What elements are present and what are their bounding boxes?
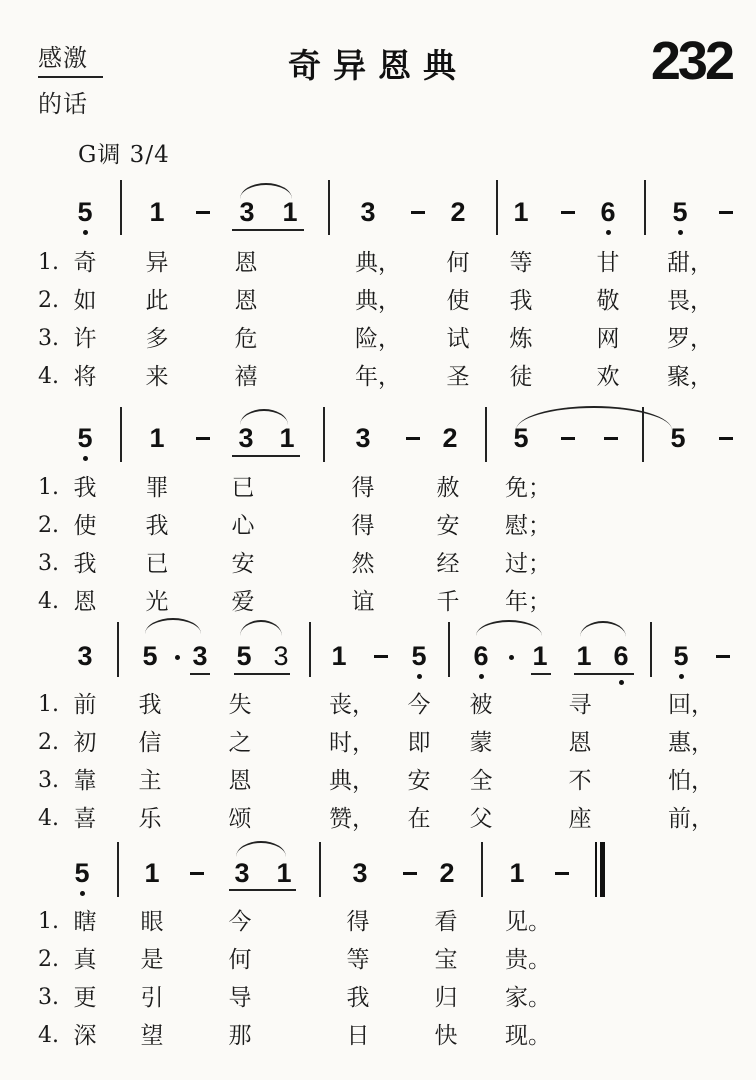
beam-underline <box>531 673 551 675</box>
note: 5 <box>665 197 695 227</box>
note: 6 <box>593 197 623 227</box>
lyric: 在 <box>404 804 434 834</box>
lyric: 徒 <box>506 362 536 392</box>
lyric: 险， <box>355 324 399 354</box>
note: 1 <box>506 197 536 227</box>
note: 1 <box>269 858 299 888</box>
dash <box>196 211 210 214</box>
lyric: 被 <box>466 690 496 720</box>
lyric: 赦 <box>433 473 463 503</box>
lyric: 归 <box>431 983 461 1013</box>
verse-number: 2. <box>38 945 59 975</box>
lyric: 家。 <box>505 983 549 1013</box>
barline <box>319 842 321 897</box>
lyric: 禧 <box>231 362 261 392</box>
lyric: 即 <box>404 728 434 758</box>
lyric: 慰； <box>505 511 549 541</box>
hymn-number: 232 <box>651 30 732 92</box>
lyric: 我 <box>343 983 373 1013</box>
beam-underline <box>574 673 634 675</box>
lyric: 免； <box>505 473 549 503</box>
lyric: 怕， <box>668 766 712 796</box>
note: 1 <box>142 197 172 227</box>
low-octave-dot <box>83 230 88 235</box>
lyric: 我 <box>142 511 172 541</box>
verse-number: 1. <box>38 473 59 503</box>
lyric: 得 <box>343 907 373 937</box>
lyric: 信 <box>135 728 165 758</box>
slur <box>240 620 282 636</box>
note: 2 <box>435 423 465 453</box>
barline <box>644 180 646 235</box>
lyric: 丧， <box>329 690 373 720</box>
note: 1 <box>569 641 599 671</box>
note: 3 <box>232 197 262 227</box>
lyric: 日 <box>343 1021 373 1051</box>
low-octave-dot <box>619 680 624 685</box>
lyric: 网 <box>593 324 623 354</box>
lyric: 父 <box>466 804 496 834</box>
lyric: 恩 <box>231 248 261 278</box>
lyric: 赞， <box>329 804 373 834</box>
dash <box>561 211 575 214</box>
lyric: 危 <box>231 324 261 354</box>
note: 3 <box>231 423 261 453</box>
note: 1 <box>137 858 167 888</box>
lyric: 甜， <box>667 248 711 278</box>
beam-underline <box>229 889 296 891</box>
lyric: 罗， <box>667 324 711 354</box>
lyric: 颂 <box>225 804 255 834</box>
lyric: 多 <box>142 324 172 354</box>
lyric: 贵。 <box>505 945 549 975</box>
barline <box>642 407 644 462</box>
lyric: 畏， <box>667 286 711 316</box>
lyric: 此 <box>142 286 172 316</box>
lyric: 等 <box>506 248 536 278</box>
lyric: 回， <box>668 690 712 720</box>
verse-number: 3. <box>38 766 59 796</box>
lyric: 甘 <box>593 248 623 278</box>
lyric: 望 <box>137 1021 167 1051</box>
dash <box>196 437 210 440</box>
slur <box>145 618 201 634</box>
note-pickup: 5 <box>70 423 100 453</box>
lyric: 安 <box>404 766 434 796</box>
lyric: 眼 <box>137 907 167 937</box>
lyric: 如 <box>70 286 100 316</box>
lyric: 引 <box>137 983 167 1013</box>
lyric: 圣 <box>443 362 473 392</box>
lyric: 安 <box>433 511 463 541</box>
beam-underline <box>232 229 304 231</box>
low-octave-dot <box>80 891 85 896</box>
lyric: 蒙 <box>466 728 496 758</box>
dash <box>604 437 618 440</box>
lyric: 座 <box>565 804 595 834</box>
note: 5 <box>506 423 536 453</box>
lyric: 前， <box>668 804 712 834</box>
note: 3 <box>266 641 296 671</box>
lyric: 聚， <box>667 362 711 392</box>
note: 1 <box>272 423 302 453</box>
final-barline-thin <box>595 842 597 897</box>
note: 2 <box>432 858 462 888</box>
lyric: 全 <box>466 766 496 796</box>
note: 3 <box>348 423 378 453</box>
note: 5 <box>135 641 165 671</box>
lyric: 我 <box>70 549 100 579</box>
lyric: 异 <box>142 248 172 278</box>
lyric: 时， <box>329 728 373 758</box>
verse-number: 2. <box>38 286 59 316</box>
lyric: 快 <box>431 1021 461 1051</box>
lyric: 更 <box>70 983 100 1013</box>
lyric: 谊 <box>348 587 378 617</box>
lyric: 等 <box>343 945 373 975</box>
barline <box>323 407 325 462</box>
dash <box>190 872 204 875</box>
barline <box>309 622 311 677</box>
low-octave-dot <box>679 674 684 679</box>
dash <box>719 211 733 214</box>
verse-number: 1. <box>38 907 59 937</box>
dash <box>555 872 569 875</box>
lyric: 敬 <box>593 286 623 316</box>
dash <box>406 437 420 440</box>
tie <box>516 406 672 430</box>
barline <box>481 842 483 897</box>
lyric: 年； <box>505 587 549 617</box>
lyric: 经 <box>433 549 463 579</box>
lyric: 我 <box>506 286 536 316</box>
lyric: 今 <box>404 690 434 720</box>
barline <box>328 180 330 235</box>
lyric: 宝 <box>431 945 461 975</box>
lyric: 将 <box>70 362 100 392</box>
note-pickup: 3 <box>70 641 100 671</box>
lyric: 得 <box>348 473 378 503</box>
lyric: 初 <box>70 728 100 758</box>
beam-underline <box>190 673 210 675</box>
key-signature: G调 3/4 <box>78 136 170 169</box>
lyric: 千 <box>433 587 463 617</box>
augmentation-dot <box>509 655 514 660</box>
dash <box>716 655 730 658</box>
lyric: 欢 <box>593 362 623 392</box>
note: 3 <box>353 197 383 227</box>
augmentation-dot <box>175 655 180 660</box>
lyric: 今 <box>225 907 255 937</box>
dash <box>561 437 575 440</box>
lyric: 典， <box>355 286 399 316</box>
note: 1 <box>525 641 555 671</box>
lyric: 主 <box>135 766 165 796</box>
lyric: 许 <box>70 324 100 354</box>
low-octave-dot <box>479 674 484 679</box>
note: 3 <box>185 641 215 671</box>
lyric: 惠， <box>668 728 712 758</box>
lyric: 何 <box>225 945 255 975</box>
verse-number: 1. <box>38 690 59 720</box>
low-octave-dot <box>417 674 422 679</box>
lyric: 过； <box>505 549 549 579</box>
note: 1 <box>324 641 354 671</box>
note-pickup: 5 <box>70 197 100 227</box>
lyric: 恩 <box>225 766 255 796</box>
lyric: 使 <box>443 286 473 316</box>
barline <box>117 842 119 897</box>
lyric: 恩 <box>231 286 261 316</box>
lyric: 何 <box>443 248 473 278</box>
lyric: 炼 <box>506 324 536 354</box>
lyric: 心 <box>228 511 258 541</box>
barline <box>117 622 119 677</box>
lyric: 罪 <box>142 473 172 503</box>
barline <box>120 180 122 235</box>
lyric: 靠 <box>70 766 100 796</box>
low-octave-dot <box>606 230 611 235</box>
lyric: 已 <box>142 549 172 579</box>
lyric: 安 <box>228 549 258 579</box>
verse-number: 3. <box>38 549 59 579</box>
lyric: 典， <box>329 766 373 796</box>
note: 1 <box>142 423 172 453</box>
lyric: 瞎 <box>70 907 100 937</box>
barline <box>485 407 487 462</box>
lyric: 爱 <box>228 587 258 617</box>
slur <box>580 621 626 637</box>
hymn-title: 奇异恩典 <box>0 40 756 87</box>
lyric: 真 <box>70 945 100 975</box>
lyric: 喜 <box>70 804 100 834</box>
dash <box>411 211 425 214</box>
lyric: 奇 <box>70 248 100 278</box>
beam-underline <box>232 455 300 457</box>
verse-number: 3. <box>38 324 59 354</box>
final-barline-thick <box>600 842 605 897</box>
lyric: 恩 <box>70 587 100 617</box>
lyric: 光 <box>142 587 172 617</box>
verse-number: 4. <box>38 804 59 834</box>
slur <box>476 620 542 636</box>
barline <box>650 622 652 677</box>
lyric: 乐 <box>135 804 165 834</box>
note: 1 <box>502 858 532 888</box>
lyric: 见。 <box>505 907 549 937</box>
verse-number: 4. <box>38 362 59 392</box>
lyric: 试 <box>443 324 473 354</box>
lyric: 使 <box>70 511 100 541</box>
barline <box>496 180 498 235</box>
lyric: 是 <box>137 945 167 975</box>
lyric: 得 <box>348 511 378 541</box>
note: 3 <box>345 858 375 888</box>
note-pickup: 5 <box>67 858 97 888</box>
lyric: 年， <box>355 362 399 392</box>
verse-number: 1. <box>38 248 59 278</box>
note: 5 <box>404 641 434 671</box>
lyric: 导 <box>225 983 255 1013</box>
verse-number: 2. <box>38 728 59 758</box>
beam-underline <box>234 673 290 675</box>
note: 2 <box>443 197 473 227</box>
lyric: 现。 <box>505 1021 549 1051</box>
lyric: 已 <box>228 473 258 503</box>
lyric: 恩 <box>565 728 595 758</box>
low-octave-dot <box>678 230 683 235</box>
lyric: 来 <box>142 362 172 392</box>
lyric: 我 <box>135 690 165 720</box>
dash <box>719 437 733 440</box>
dash <box>374 655 388 658</box>
note: 6 <box>606 641 636 671</box>
note: 6 <box>466 641 496 671</box>
lyric: 之 <box>225 728 255 758</box>
verse-number: 4. <box>38 587 59 617</box>
lyric: 前 <box>70 690 100 720</box>
note: 5 <box>229 641 259 671</box>
lyric: 我 <box>70 473 100 503</box>
note: 1 <box>275 197 305 227</box>
lyric: 看 <box>431 907 461 937</box>
lyric: 典， <box>355 248 399 278</box>
verse-number: 2. <box>38 511 59 541</box>
note: 3 <box>227 858 257 888</box>
lyric: 不 <box>565 766 595 796</box>
lyric: 那 <box>225 1021 255 1051</box>
dash <box>403 872 417 875</box>
barline <box>448 622 450 677</box>
low-octave-dot <box>83 456 88 461</box>
note: 5 <box>666 641 696 671</box>
slur <box>236 841 286 857</box>
lyric: 深 <box>70 1021 100 1051</box>
note: 5 <box>663 423 693 453</box>
verse-number: 3. <box>38 983 59 1013</box>
verse-number: 4. <box>38 1021 59 1051</box>
lyric: 失 <box>225 690 255 720</box>
category-label-bottom: 的话 <box>38 84 88 119</box>
lyric: 寻 <box>565 690 595 720</box>
lyric: 然 <box>348 549 378 579</box>
barline <box>120 407 122 462</box>
